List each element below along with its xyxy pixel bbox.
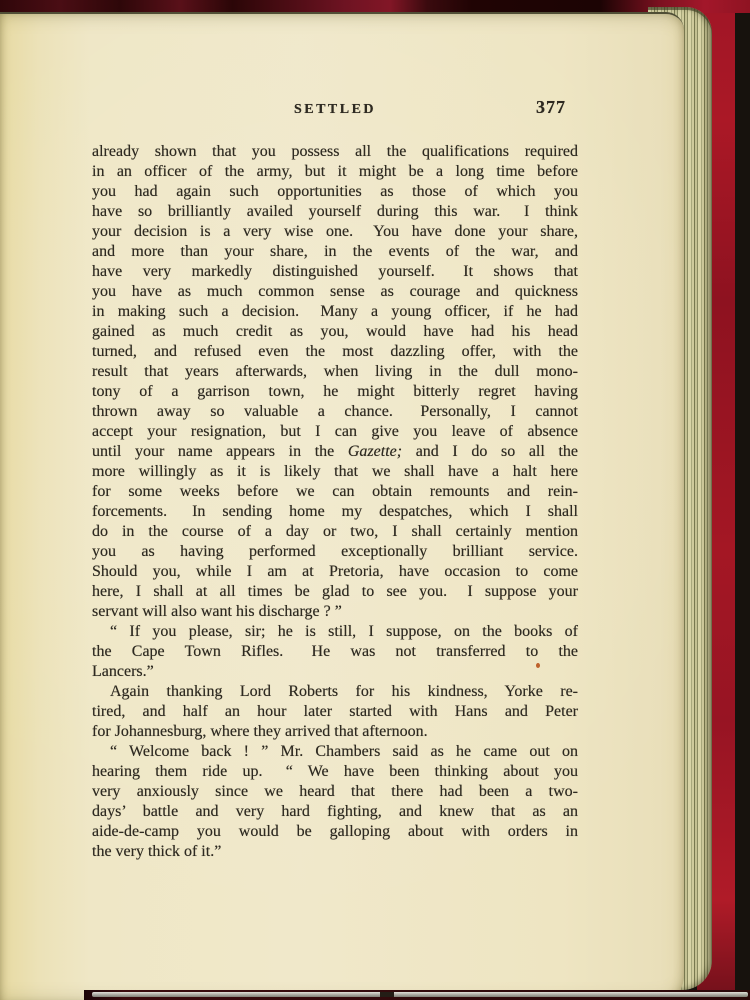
text-line: tony of a garrison town, he might bitter… bbox=[92, 382, 578, 402]
running-title: SETTLED bbox=[92, 102, 578, 118]
text-line: accept your resignation, but I can give … bbox=[92, 422, 578, 442]
text-line: Should you, while I am at Pretoria, have… bbox=[92, 562, 578, 582]
text-line: until your name appears in the Gazette; … bbox=[92, 442, 578, 462]
text-line: already shown that you possess all the q… bbox=[92, 142, 578, 162]
text-line: thrown away so valuable a chance. Person… bbox=[92, 402, 578, 422]
page-number: 377 bbox=[536, 97, 566, 118]
text-line: in an officer of the army, but it might … bbox=[92, 162, 578, 182]
text-line: you had again such opportunities as thos… bbox=[92, 182, 578, 202]
text-line: more willingly as it is likely that we s… bbox=[92, 462, 578, 482]
text-line: the very thick of it.” bbox=[92, 842, 578, 862]
text-line: in making such a decision. Many a young … bbox=[92, 302, 578, 322]
text-line: turned, and refused even the most dazzli… bbox=[92, 342, 578, 362]
text-line: “ If you please, sir; he is still, I sup… bbox=[92, 622, 578, 642]
text-line: you have as much common sense as courage… bbox=[92, 282, 578, 302]
text-line: days’ battle and very hard fighting, and… bbox=[92, 802, 578, 822]
text-line: have very markedly distinguished yoursel… bbox=[92, 262, 578, 282]
text-line: very anxiously since we heard that there… bbox=[92, 782, 578, 802]
text-line: gained as much credit as you, would have… bbox=[92, 322, 578, 342]
text-line: forcements. In sending home my despatche… bbox=[92, 502, 578, 522]
text-line: hearing them ride up. “ We have been thi… bbox=[92, 762, 578, 782]
text-line: Again thanking Lord Roberts for his kind… bbox=[92, 682, 578, 702]
running-head: SETTLED 377 bbox=[92, 99, 578, 123]
text-line: for some weeks before we can obtain remo… bbox=[92, 482, 578, 502]
text-line: for Johannesburg, where they arrived tha… bbox=[92, 722, 578, 742]
text-line: do in the course of a day or two, I shal… bbox=[92, 522, 578, 542]
text-line: your decision is a very wise one. You ha… bbox=[92, 222, 578, 242]
ink-stain bbox=[536, 663, 540, 668]
text-line: “ Welcome back ! ” Mr. Chambers said as … bbox=[92, 742, 578, 762]
scanner-cradle-strip bbox=[84, 990, 750, 1000]
text-line: servant will also want his discharge ? ” bbox=[92, 602, 578, 622]
cradle-bar bbox=[92, 992, 748, 997]
text-line: have so brilliantly availed yourself dur… bbox=[92, 202, 578, 222]
cradle-bar-notch bbox=[380, 992, 394, 997]
text-line: here, I shall at all times be glad to se… bbox=[92, 582, 578, 602]
text-line: and more than your share, in the events … bbox=[92, 242, 578, 262]
text-line: you as having performed exceptionally br… bbox=[92, 542, 578, 562]
text-line: tired, and half an hour later started wi… bbox=[92, 702, 578, 722]
text-line: aide-de-camp you would be galloping abou… bbox=[92, 822, 578, 842]
page-text-block: already shown that you possess all the q… bbox=[92, 142, 578, 862]
text-line: the Cape Town Rifles. He was not transfe… bbox=[92, 642, 578, 662]
book-page: SETTLED 377 already shown that you posse… bbox=[0, 12, 684, 1000]
text-line: Lancers.” bbox=[92, 662, 578, 682]
book-scan-scene: SETTLED 377 already shown that you posse… bbox=[0, 0, 750, 1000]
text-line: result that years afterwards, when livin… bbox=[92, 362, 578, 382]
